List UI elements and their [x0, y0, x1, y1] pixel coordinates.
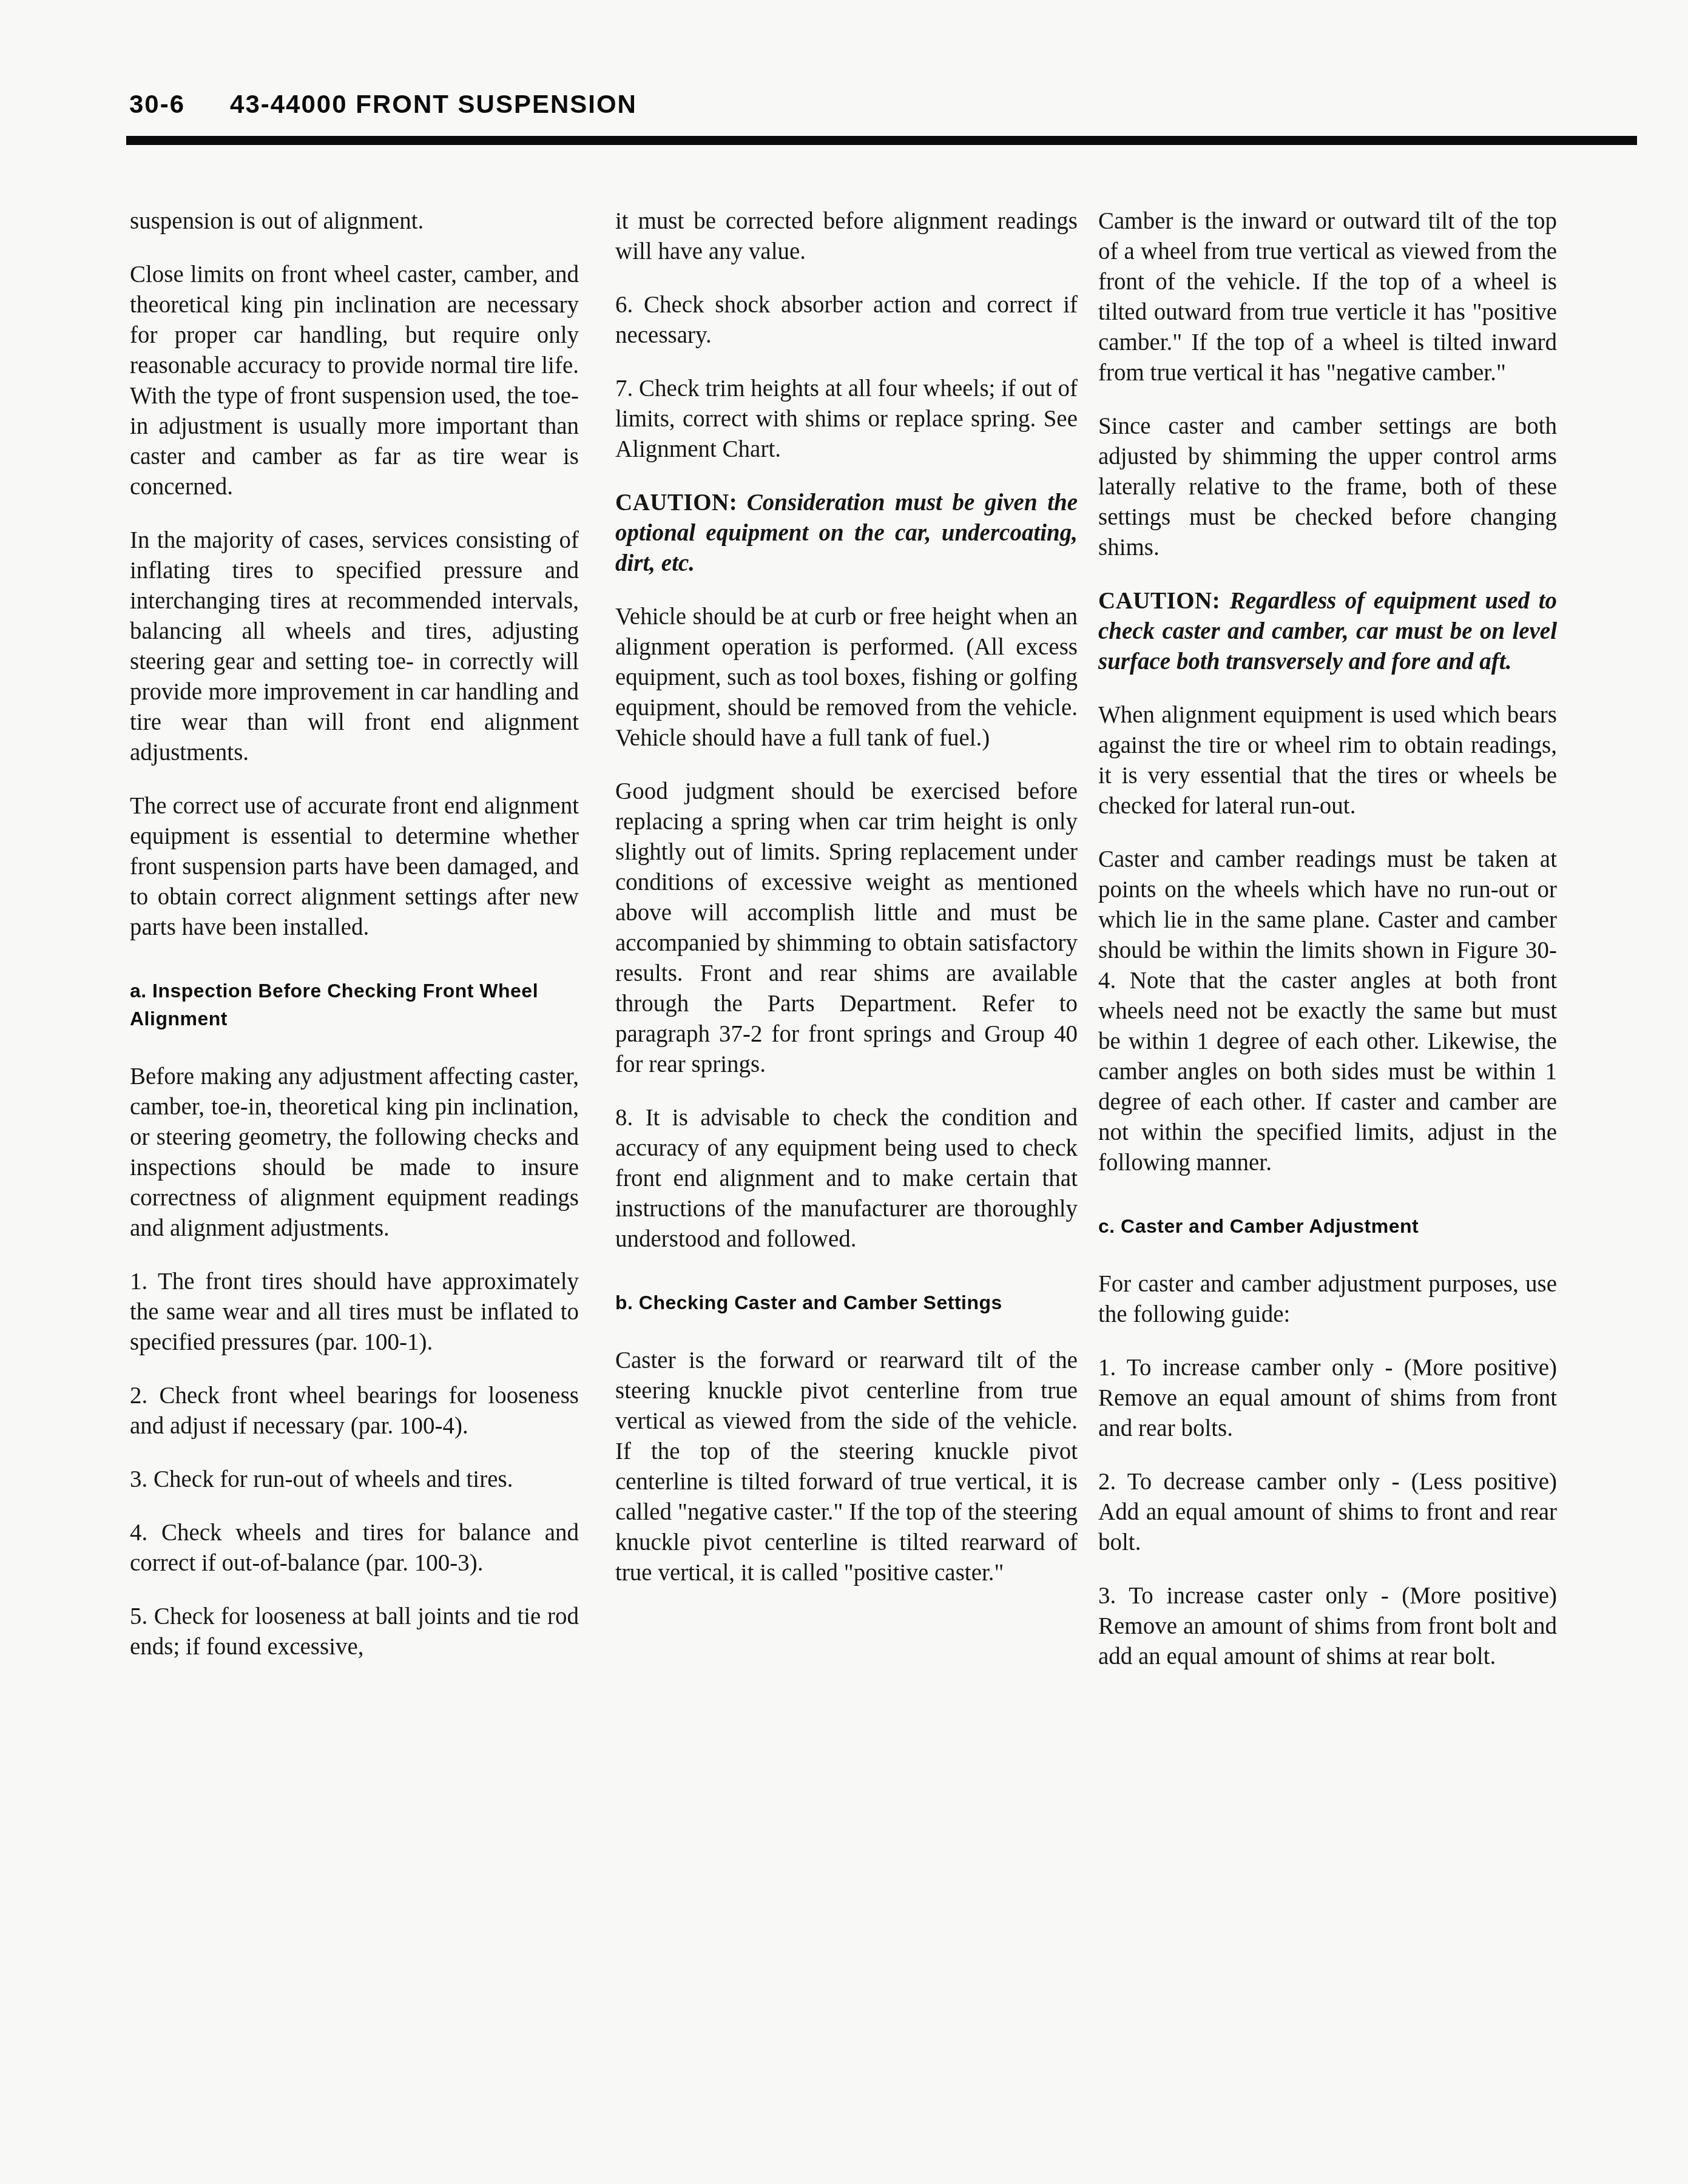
paragraph: Before making any adjustment affecting c…: [130, 1062, 579, 1244]
paragraph: suspension is out of alignment.: [130, 206, 579, 237]
paragraph: it must be corrected before alignment re…: [615, 206, 1078, 267]
list-item: 1. To increase camber only - (More posit…: [1098, 1353, 1557, 1444]
paragraph: Caster and camber readings must be taken…: [1098, 844, 1557, 1178]
paragraph: Since caster and camber settings are bot…: [1098, 411, 1557, 563]
text-column-2: it must be corrected before alignment re…: [615, 183, 1078, 1588]
caution-note: CAUTION:Regardless of equipment used to …: [1098, 586, 1557, 677]
caution-label: CAUTION:: [1098, 588, 1220, 614]
list-item: 2. To decrease camber only - (Less posit…: [1098, 1467, 1557, 1558]
paragraph: For caster and camber adjustment purpose…: [1098, 1269, 1557, 1330]
caution-note: CAUTION:Consideration must be given the …: [615, 488, 1078, 579]
paragraph: Vehicle should be at curb or free height…: [615, 602, 1078, 753]
list-item: 3. Check for run-out of wheels and tires…: [130, 1464, 579, 1495]
text-column-3: Camber is the inward or outward tilt of …: [1098, 183, 1557, 1672]
list-item: 5. Check for looseness at ball joints an…: [130, 1602, 579, 1662]
page-number: 30-6: [129, 90, 185, 118]
paragraph: Caster is the forward or rearward tilt o…: [615, 1346, 1078, 1588]
list-item: 8. It is advisable to check the conditio…: [615, 1103, 1078, 1255]
list-item: 1. The front tires should have approxima…: [130, 1267, 579, 1358]
list-item: 4. Check wheels and tires for balance an…: [130, 1518, 579, 1579]
list-item: 3. To increase caster only - (More posit…: [1098, 1581, 1557, 1672]
paragraph: When alignment equipment is used which b…: [1098, 700, 1557, 821]
running-head: 30-643-44000 FRONT SUSPENSION: [129, 90, 637, 119]
paragraph: Close limits on front wheel caster, camb…: [130, 260, 579, 502]
paragraph: The correct use of accurate front end al…: [130, 791, 579, 943]
paragraph: In the majority of cases, services consi…: [130, 525, 579, 768]
list-item: 6. Check shock absorber action and corre…: [615, 290, 1078, 351]
paragraph: Good judgment should be exercised before…: [615, 777, 1078, 1080]
paragraph: Camber is the inward or outward tilt of …: [1098, 206, 1557, 388]
manual-page: 30-643-44000 FRONT SUSPENSION suspension…: [0, 0, 1688, 2184]
list-item: 2. Check front wheel bearings for loosen…: [130, 1381, 579, 1441]
section-title: 43-44000 FRONT SUSPENSION: [230, 90, 637, 118]
subsection-heading-b: b. Checking Caster and Camber Settings: [615, 1289, 1078, 1316]
subsection-heading-a: a. Inspection Before Checking Front Whee…: [130, 977, 579, 1033]
subsection-heading-c: c. Caster and Camber Adjustment: [1098, 1212, 1557, 1240]
text-column-1: suspension is out of alignment. Close li…: [130, 183, 579, 1662]
list-item: 7. Check trim heights at all four wheels…: [615, 374, 1078, 465]
caution-label: CAUTION:: [615, 490, 737, 516]
header-rule: [126, 136, 1637, 145]
